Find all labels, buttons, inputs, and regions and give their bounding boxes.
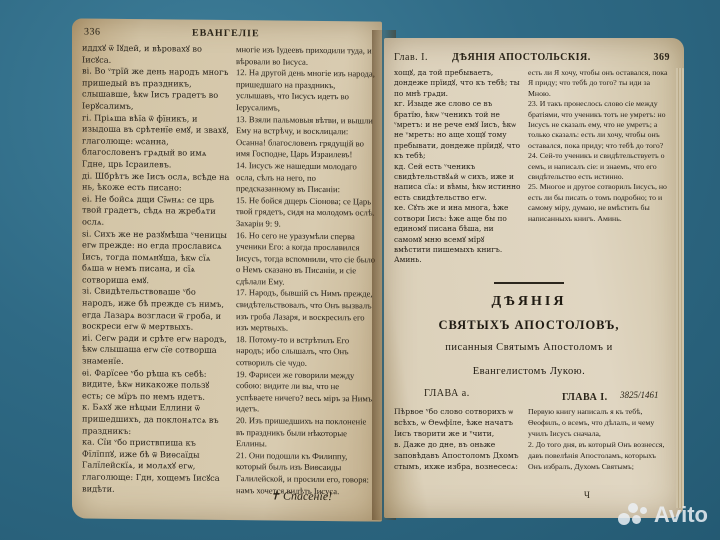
handwritten-note: ✝ Спасеніе!	[270, 488, 332, 504]
book-title-line3: писанныя Святымъ Апостоломъ и	[384, 342, 674, 353]
chapter-label-russian: ГЛАВА I.	[562, 392, 608, 403]
right-page: Глав. I. ДѢЯНІЯ АПОСТОЛЬСКІЯ. 369 хощꙋ, …	[384, 38, 684, 518]
open-book: 336 ЕВАНГЕЛІЕ иддхꙋ ѿ Іꙋдей, и вѣровахꙋ …	[72, 20, 712, 520]
avito-brand-text: Avito	[654, 502, 708, 528]
page-number-left: 336	[84, 27, 101, 38]
section-divider	[494, 282, 564, 284]
book-title-line2: СВЯТЫХЪ АПОСТОЛОВЪ,	[384, 318, 674, 333]
avito-watermark: Avito	[618, 502, 708, 528]
book-title-line1: ДѢЯНІЯ	[384, 294, 674, 310]
page-edges	[676, 68, 684, 508]
chapter-ref-right: Глав. I.	[394, 52, 428, 63]
slavonic-text-bottom: Пѣрвое ᵛбо слово сотворихъ ѡ всѣхъ, ѡ Ѳе…	[394, 406, 522, 496]
russian-text-bottom: Первую книгу написалъ я къ тебѣ, Ѳеофилъ…	[528, 406, 668, 506]
book-title-line4: Евангелистомъ Лукою.	[384, 366, 674, 377]
running-head-left: ЕВАНГЕЛІЕ	[192, 28, 260, 40]
page-number-right: 369	[654, 52, 671, 63]
russian-text-top: есть ли Я хочу, чтобы онъ оставался, пок…	[528, 68, 668, 268]
avito-dots-logo-icon	[618, 503, 648, 527]
slavonic-text-column: иддхꙋ ѿ Іꙋдей, и вѣровахꙋ во Іисꙋса. ві.…	[82, 42, 230, 514]
chapter-label-slavonic: ГЛАВА а.	[424, 388, 470, 399]
signature-mark: Ч	[584, 490, 590, 500]
left-page: 336 ЕВАНГЕЛІЕ иддхꙋ ѿ Іꙋдей, и вѣровахꙋ …	[72, 18, 382, 521]
running-head-right: ДѢЯНІЯ АПОСТОЛЬСКІЯ.	[452, 52, 591, 63]
slavonic-text-top: хощꙋ, да той пребываетъ, дондеже прїидꙋ,…	[394, 68, 522, 268]
handwritten-stamp: 3825/1461	[620, 390, 659, 400]
russian-text-column: многіе изъ Іудеевъ приходили туда, и вѣр…	[236, 44, 376, 485]
